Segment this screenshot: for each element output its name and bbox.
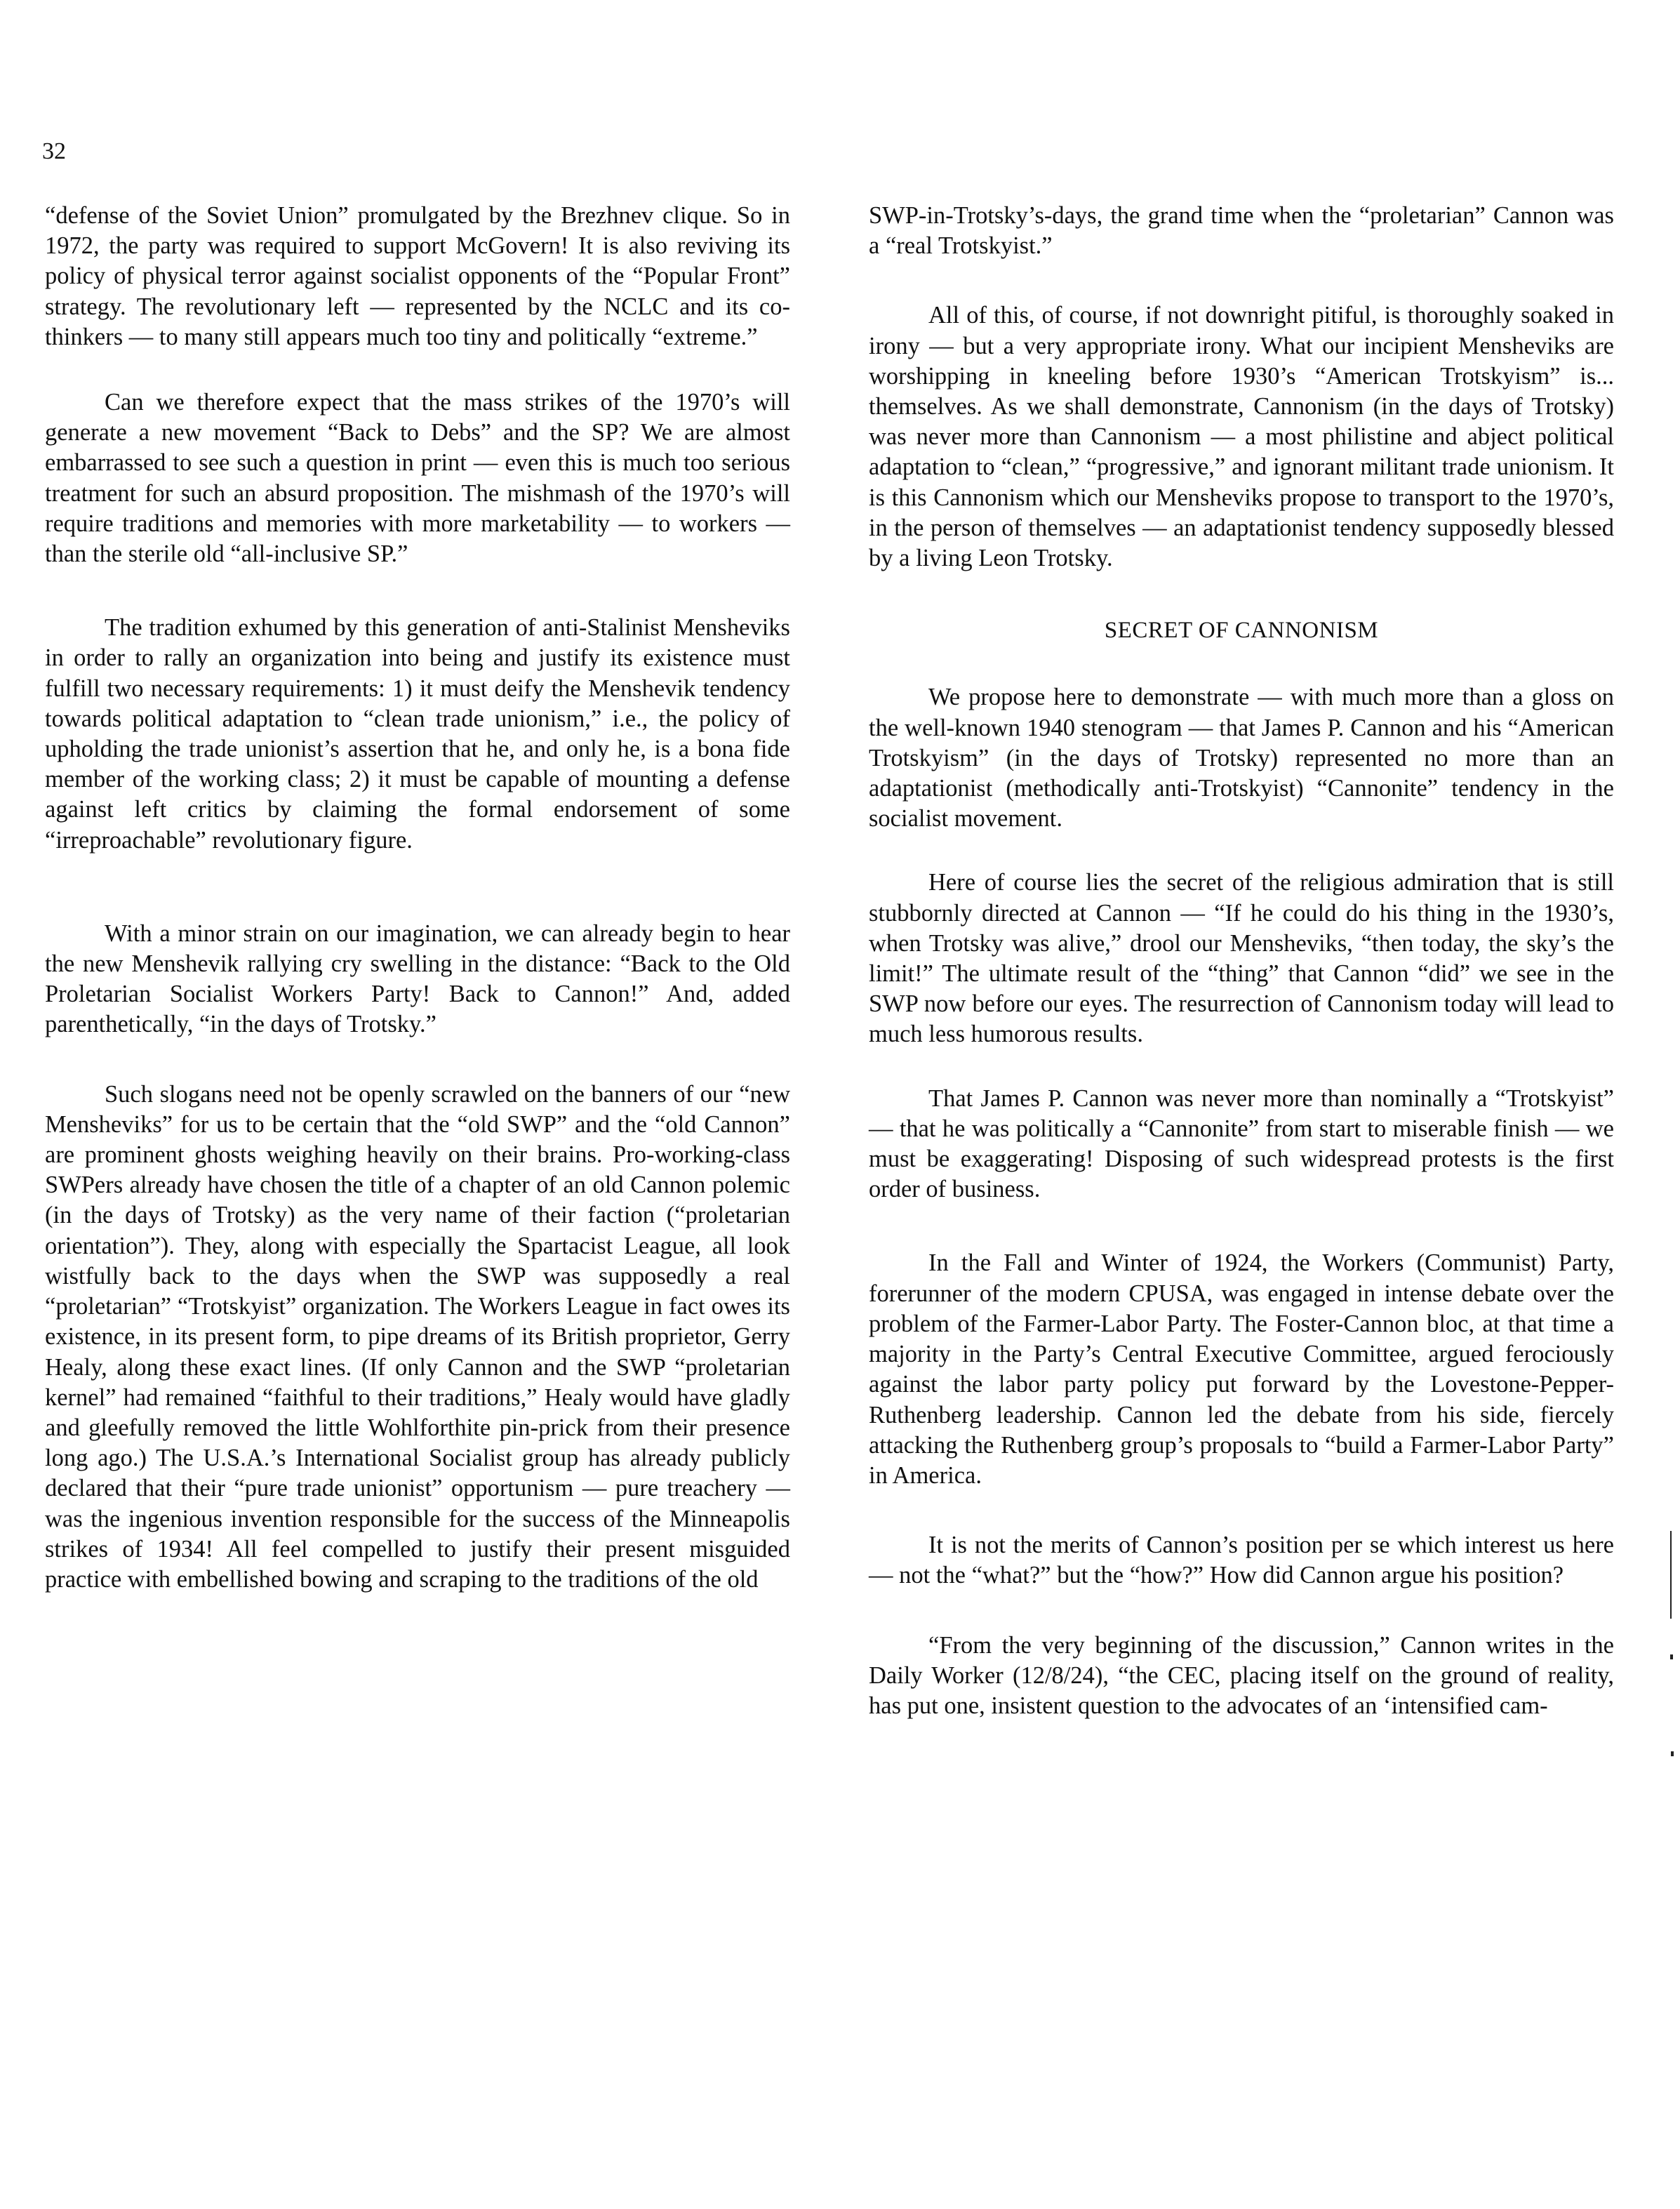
left-column: “defense of the Soviet Union” promulgate… — [45, 201, 790, 1631]
paragraph-continued: SWP-in-Trotsky’s-days, the grand time wh… — [869, 201, 1614, 261]
paragraph: All of this, of course, if not downright… — [869, 300, 1614, 573]
right-column: SWP-in-Trotsky’s-days, the grand time wh… — [869, 201, 1614, 1758]
scan-speck — [1671, 1751, 1674, 1756]
scan-speck — [1670, 1654, 1673, 1659]
page-number: 32 — [42, 138, 66, 166]
paragraph: It is not the merits of Cannon’s positio… — [869, 1530, 1614, 1591]
section-heading: SECRET OF CANNONISM — [869, 616, 1614, 646]
scan-margin-line — [1670, 1531, 1672, 1619]
paragraph: Can we therefore expect that the mass st… — [45, 387, 790, 569]
paragraph: Here of course lies the secret of the re… — [869, 868, 1614, 1049]
paragraph: In the Fall and Winter of 1924, the Work… — [869, 1248, 1614, 1491]
paragraph: “From the very beginning of the discussi… — [869, 1631, 1614, 1722]
paragraph: We propose here to demonstrate — with mu… — [869, 682, 1614, 834]
paragraph: The tradition exhumed by this generation… — [45, 613, 790, 856]
paragraph: That James P. Cannon was never more than… — [869, 1084, 1614, 1205]
paragraph: With a minor strain on our imagination, … — [45, 919, 790, 1040]
paragraph: Such slogans need not be openly scrawled… — [45, 1080, 790, 1595]
paragraph-continued: “defense of the Soviet Union” promulgate… — [45, 201, 790, 352]
